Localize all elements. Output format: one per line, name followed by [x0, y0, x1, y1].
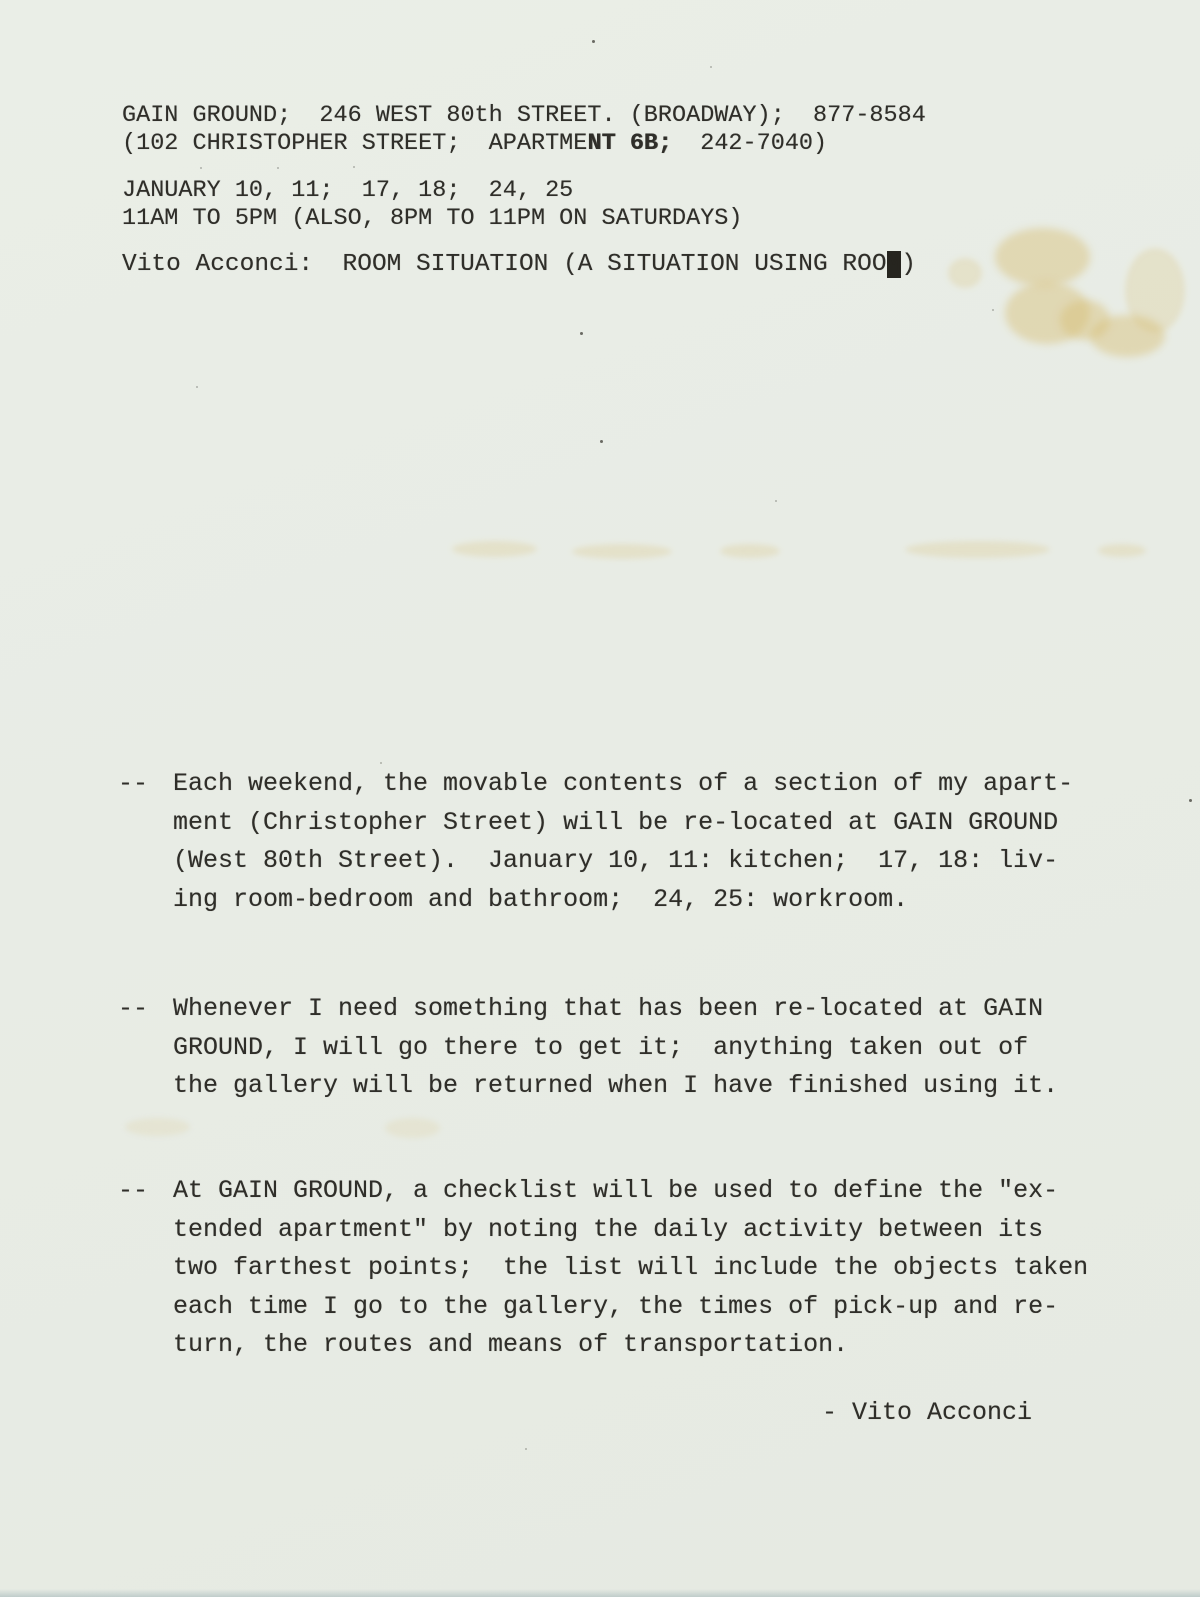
- paper-stain: [720, 544, 780, 558]
- text-line: GROUND, I will go there to get it; anyth…: [173, 1029, 1058, 1068]
- paragraph-lines: At GAIN GROUND, a checklist will be used…: [173, 1172, 1088, 1365]
- apartment-number-overstrike: NT 6B;: [587, 130, 672, 157]
- text-line: each time I go to the gallery, the times…: [173, 1288, 1088, 1327]
- paragraph-lines: Each weekend, the movable contents of a …: [173, 765, 1073, 919]
- apartment-address-pre: (102 CHRISTOPHER STREET; APARTME: [122, 130, 587, 157]
- paragraph-relocation: -- Each weekend, the movable contents of…: [118, 765, 1073, 919]
- apartment-address-line: (102 CHRISTOPHER STREET; APARTMENT 6B; 2…: [122, 130, 926, 158]
- gallery-address-line: GAIN GROUND; 246 WEST 80th STREET. (BROA…: [122, 102, 926, 130]
- paragraph-retrieval: -- Whenever I need something that has be…: [118, 990, 1058, 1106]
- gallery-header: GAIN GROUND; 246 WEST 80th STREET. (BROA…: [122, 102, 926, 158]
- ink-speck: [992, 309, 994, 311]
- paragraph-dash: --: [118, 990, 148, 1029]
- text-line: ing room-bedroom and bathroom; 24, 25: w…: [173, 881, 1073, 920]
- paragraph-lines: Whenever I need something that has been …: [173, 990, 1058, 1106]
- paragraph-checklist: -- At GAIN GROUND, a checklist will be u…: [118, 1172, 1088, 1365]
- ink-speck: [580, 332, 583, 335]
- title-suffix: ): [901, 251, 916, 278]
- text-line: At GAIN GROUND, a checklist will be used…: [173, 1172, 1088, 1211]
- ink-speck: [600, 440, 603, 443]
- paper-stain: [572, 544, 672, 559]
- paper-bottom-edge: [0, 1589, 1200, 1597]
- apartment-address-post: 242-7040): [672, 130, 827, 157]
- ink-speck: [380, 762, 382, 764]
- title-prefix: Vito Acconci: ROOM SITUATION (A SITUATIO…: [122, 251, 887, 278]
- ink-speck: [196, 386, 198, 388]
- paragraph-dash: --: [118, 1172, 148, 1211]
- paper-stain: [995, 228, 1090, 286]
- paper-stain: [125, 1118, 190, 1136]
- ink-speck: [592, 40, 595, 43]
- paper-stain: [948, 258, 982, 288]
- ink-speck: [277, 167, 279, 169]
- text-line: ment (Christopher Street) will be re-loc…: [173, 804, 1073, 843]
- exhibition-schedule: JANUARY 10, 11; 17, 18; 24, 25 11AM TO 5…: [122, 177, 743, 233]
- ink-speck: [1189, 799, 1192, 802]
- ink-speck: [353, 166, 355, 168]
- schedule-hours-line: 11AM TO 5PM (ALSO, 8PM TO 11PM ON SATURD…: [122, 205, 743, 233]
- text-line: Whenever I need something that has been …: [173, 990, 1058, 1029]
- ink-speck: [710, 66, 712, 68]
- scanned-document-page: GAIN GROUND; 246 WEST 80th STREET. (BROA…: [0, 0, 1200, 1597]
- paper-stain: [905, 541, 1050, 558]
- paper-stain: [1060, 300, 1110, 340]
- ink-speck: [200, 167, 202, 169]
- exhibition-title: Vito Acconci: ROOM SITUATION (A SITUATIO…: [122, 250, 916, 279]
- text-line: tended apartment" by noting the daily ac…: [173, 1211, 1088, 1250]
- ink-speck: [525, 1448, 527, 1450]
- text-line: turn, the routes and means of transporta…: [173, 1326, 1088, 1365]
- paper-stain: [1098, 544, 1146, 557]
- paper-stain: [1125, 248, 1185, 333]
- title-blacked-character: M: [887, 251, 902, 278]
- text-line: the gallery will be returned when I have…: [173, 1067, 1058, 1106]
- ink-speck: [775, 500, 777, 502]
- text-line: two farthest points; the list will inclu…: [173, 1249, 1088, 1288]
- schedule-dates-line: JANUARY 10, 11; 17, 18; 24, 25: [122, 177, 743, 205]
- text-line: (West 80th Street). January 10, 11: kitc…: [173, 842, 1073, 881]
- text-line: Each weekend, the movable contents of a …: [173, 765, 1073, 804]
- paragraph-dash: --: [118, 765, 148, 804]
- paper-stain: [452, 541, 537, 557]
- artist-signature: - Vito Acconci: [822, 1398, 1032, 1428]
- paper-stain: [385, 1118, 440, 1138]
